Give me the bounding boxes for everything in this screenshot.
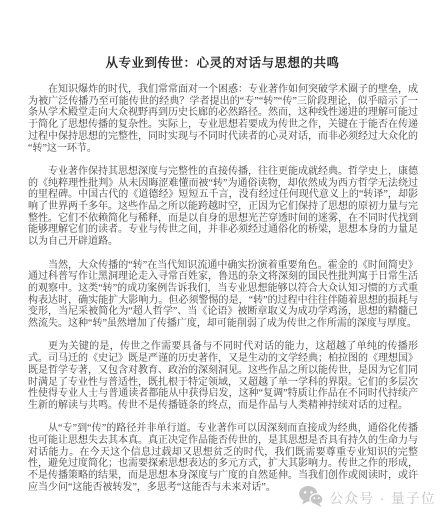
article-paragraph: 从“专”到“传”的路径并非单行道。专业著作可以因深刻而直接成为经典，通俗化传播也… [28, 423, 418, 493]
watermark-label: 公众号 · 量子位 [330, 487, 437, 507]
wechat-icon [299, 486, 323, 507]
article-body: 在知识爆炸的时代，我们常常面对一个困惑：专业著作如何突破学术圈子的壁垒，成为被广… [28, 84, 418, 505]
watermark: 公众号 · 量子位 [299, 486, 437, 507]
article-paragraph: 更为关键的是，传世之作需要具备与不同时代对话的能力，这超越了单纯的传播形式。司马… [28, 341, 418, 411]
article-paragraph: 当然，大众传播的“转”在当代知识流通中确实扮演着重要角色。霍金的《时间简史》通过… [28, 260, 418, 330]
article-paragraph: 在知识爆炸的时代，我们常常面对一个困惑：专业著作如何突破学术圈子的壁垒，成为被广… [28, 84, 418, 154]
article-paragraph: 专业著作保持其思想深度与完整性的直接传播，往往更能成就经典。哲学史上，康德的《纯… [28, 166, 418, 248]
page-title: 从专业到传世：心灵的对话与思想的共鸣 [0, 53, 445, 71]
document-page: 从专业到传世：心灵的对话与思想的共鸣 在知识爆炸的时代，我们常常面对一个困惑：专… [0, 0, 445, 520]
